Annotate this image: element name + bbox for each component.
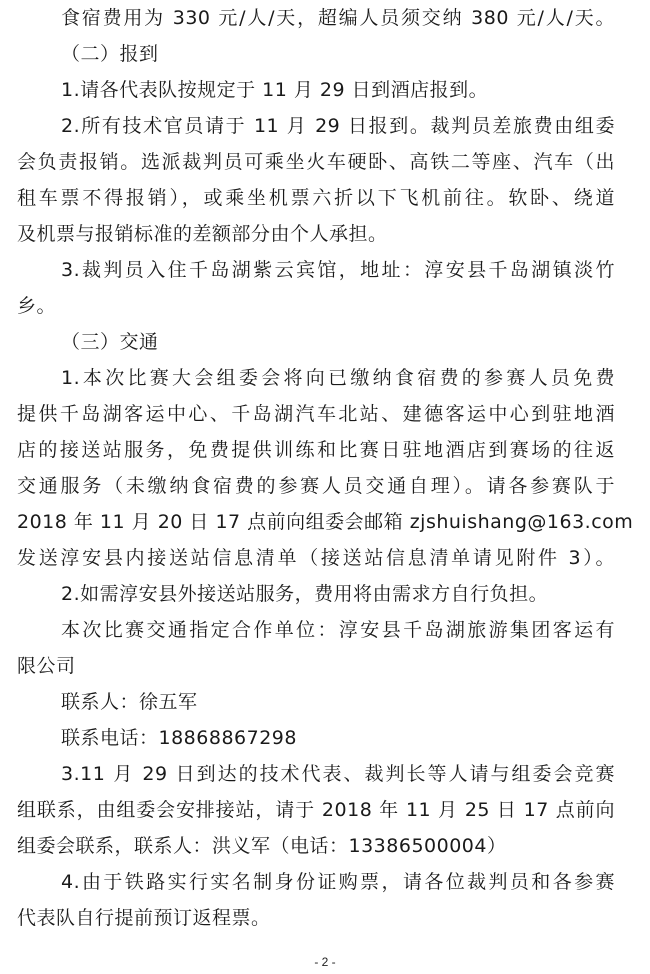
page-number: - 2 - xyxy=(0,952,650,972)
contact-phone: 联系电话：18868867298 xyxy=(61,720,297,756)
contact-person: 联系人：徐五军 xyxy=(61,684,198,720)
paragraph-line-transport-3a: 3.11 月 29 日到达的技术代表、裁判长等人请与组委会竞赛 xyxy=(61,756,615,792)
paragraph-line-registration-2c: 租车票不得报销），或乘坐机票六折以下飞机前往。软卧、绕道 xyxy=(17,180,615,216)
paragraph-line-transport-1e-email: 2018 年 11 月 20 日 17 点前向组委会邮箱 zjshuishang… xyxy=(17,504,615,540)
paragraph-line-transport-1a: 1.本次比赛大会组委会将向已缴纳食宿费的参赛人员免费 xyxy=(61,360,615,396)
paragraph-line-transport-1c: 店的接送站服务，免费提供训练和比赛日驻地酒店到赛场的往返 xyxy=(17,432,615,468)
paragraph-line-registration-2a: 2.所有技术官员请于 11 月 29 日报到。裁判员差旅费由组委 xyxy=(61,108,615,144)
paragraph-line-registration-3a: 3.裁判员入住千岛湖紫云宾馆，地址：淳安县千岛湖镇淡竹 xyxy=(61,252,615,288)
paragraph-line-registration-2d: 及机票与报销标准的差额部分由个人承担。 xyxy=(17,216,388,252)
paragraph-line-transport-1d: 交通服务（未缴纳食宿费的参赛人员交通自理）。请各参赛队于 xyxy=(17,468,615,504)
section-heading-registration: （二）报到 xyxy=(61,36,159,72)
section-heading-transportation: （三）交通 xyxy=(61,324,159,360)
paragraph-line-transport-3c: 组委会联系，联系人：洪义军（电话：13386500004） xyxy=(17,828,506,864)
paragraph-line-transport-4b: 代表队自行提前预订返程票。 xyxy=(17,900,271,936)
paragraph-line-transport-3b: 组联系，由组委会安排接站，请于 2018 年 11 月 25 日 17 点前向 xyxy=(17,792,615,828)
paragraph-line-accommodation-fee: 食宿费用为 330 元/人/天，超编人员须交纳 380 元/人/天。 xyxy=(61,0,615,36)
paragraph-line-transport-4a: 4.由于铁路实行实名制身份证购票，请各位裁判员和各参赛 xyxy=(61,864,615,900)
paragraph-line-partner-b: 限公司 xyxy=(17,648,76,684)
paragraph-line-registration-1: 1.请各代表队按规定于 11 月 29 日到酒店报到。 xyxy=(61,72,488,108)
paragraph-line-registration-2b: 会负责报销。选派裁判员可乘坐火车硬卧、高铁二等座、汽车（出 xyxy=(17,144,615,180)
paragraph-line-transport-1b: 提供千岛湖客运中心、千岛湖汽车北站、建德客运中心到驻地酒 xyxy=(17,396,615,432)
paragraph-line-transport-1f: 发送淳安县内接送站信息清单（接送站信息清单请见附件 3）。 xyxy=(17,540,615,576)
paragraph-line-transport-2: 2.如需淳安县外接送站服务，费用将由需求方自行负担。 xyxy=(61,576,548,612)
paragraph-line-partner-a: 本次比赛交通指定合作单位：淳安县千岛湖旅游集团客运有 xyxy=(61,612,615,648)
paragraph-line-registration-3b: 乡。 xyxy=(17,288,56,324)
